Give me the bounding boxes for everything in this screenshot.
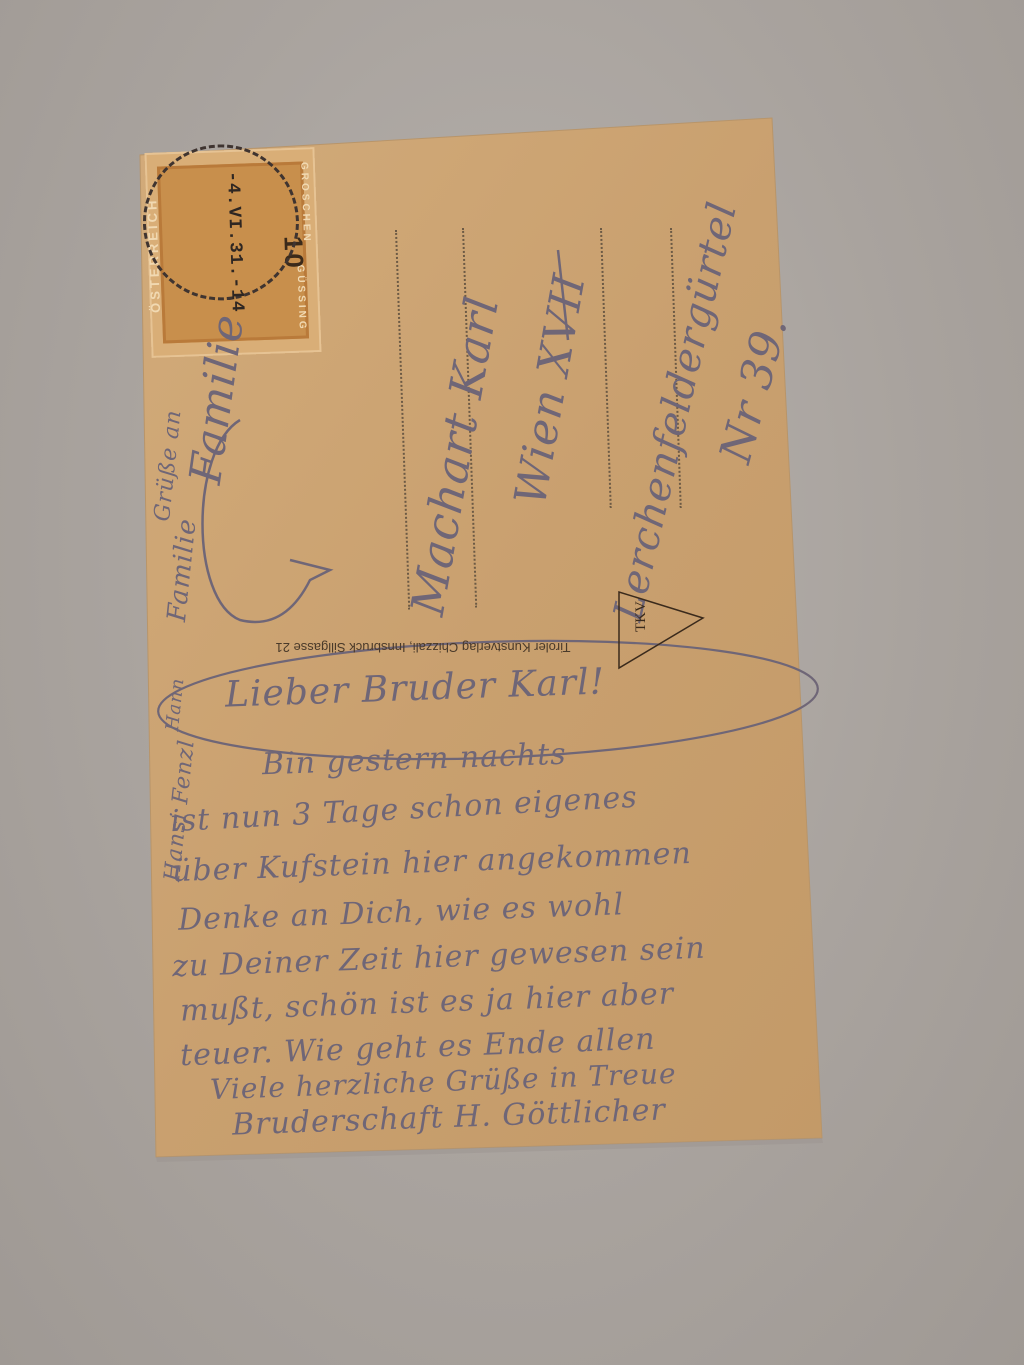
stamp-denomination: GROSCHEN bbox=[298, 162, 312, 244]
publisher-logo-icon: TKV bbox=[615, 588, 705, 672]
svg-text:TKV: TKV bbox=[633, 601, 649, 632]
publisher-imprint: Tiroler Kunstverlag Chizzali, Innsbruck … bbox=[238, 640, 608, 655]
stamp-place: GÜSSING bbox=[295, 264, 308, 331]
